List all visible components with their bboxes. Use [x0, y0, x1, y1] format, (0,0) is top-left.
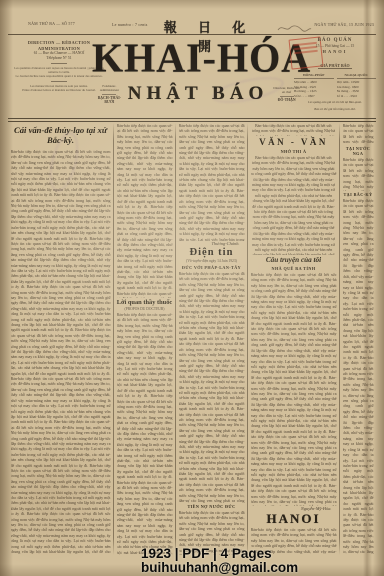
office-title: BÁO QUÁN	[294, 38, 376, 43]
notice-line: Le Journal décline toute responsabilité …	[14, 74, 104, 78]
article-text: Bản-báo tiếp được tin các quan sở-tại đã…	[343, 157, 374, 191]
article-text: Bản-báo tiếp được tin các quan sở-tại đã…	[117, 123, 173, 298]
phone-line: Téléphone N° 51	[14, 56, 104, 61]
newspaper-title: KHAI-HÓA	[92, 35, 304, 81]
double-rule	[8, 118, 376, 122]
section-heading-cau-truyen-cua-toi: Câu truyện của tôi	[251, 255, 337, 265]
news-column: Bản-báo tiếp được tin các quan sở-tại đã…	[176, 123, 247, 555]
news-column: Bản-báo tiếp được tin các quan sở-tại đã…	[114, 123, 175, 555]
subhead-tai-bac-ky: TẠI BẮC-KỲ	[343, 191, 374, 198]
masthead: DIRECTION — RÉDACTION ADMINISTRATION 61 …	[8, 36, 376, 117]
issue-number: NĂM THỨ BA — SỐ 577	[28, 21, 75, 26]
article-text: Bản-báo tiếp được tin các quan sở-tại đã…	[251, 272, 337, 506]
date-line: NGÀY THỨ SÁU, 15 JUIN 1923	[314, 22, 374, 27]
rates-column-foreign: NGOẠI-QUỐC Một năm . 10$00 Sáu tháng . 6…	[337, 73, 377, 98]
top-strip: NĂM THỨ BA — SỐ 577 Le numéro : 7 cents …	[8, 17, 376, 34]
article-text: Bản-báo tiếp được tin các quan sở-tại đã…	[11, 149, 111, 555]
subhead-tien-no-nuoc-duc: TIỀN NỢ NƯỚC ĐỨC	[179, 503, 245, 510]
direction-box: DIRECTION — RÉDACTION ADMINISTRATION 61 …	[14, 40, 104, 92]
story-subtitle: NHÀ QUÊ RA TỈNH	[251, 265, 337, 272]
divider-rule	[102, 94, 116, 95]
watermark-info: 1923 | PDF | 4 Pages	[141, 547, 298, 561]
office-address: 15 — Phố hàng Gai — 15	[294, 44, 376, 48]
section-heading-van-van: VĂN - VẦN	[251, 136, 337, 148]
article-text: Bản-báo tiếp được tin các quan sở-tại đã…	[179, 123, 245, 241]
rates-column-domestic: ĐÔNG-PHÁP Một năm . . 4$00 Sáu tháng . 2…	[294, 73, 334, 98]
founder-title: Fondateur-Administrateur	[96, 84, 123, 93]
rates-header: NGOẠI-QUỐC	[337, 73, 377, 79]
article-text: Bản-báo tiếp được tin các quan sở-tại đã…	[117, 312, 173, 555]
newspaper-scan-page: NĂM THỨ BA — SỐ 577 Le numéro : 7 cents …	[0, 0, 384, 576]
founder-credit: Fondateur-Administrateur BẠCH-THÁI-BƯỞI	[96, 84, 123, 105]
divider-rule	[51, 81, 67, 82]
poem-title: NHỚ THI Ả	[251, 148, 337, 155]
rate-row: Số lẻ . . . . 0$07	[294, 94, 334, 99]
rates-note: Báo có thể giả tiền bằng tem-thơ.	[294, 107, 376, 111]
rates-table: ĐÔNG-PHÁP Một năm . . 4$00 Sáu tháng . 2…	[294, 73, 376, 98]
watermark-email: buihuuhanh@gmail.com	[141, 561, 298, 575]
rates-title: GIÁ PHÁT BÁO	[318, 63, 351, 69]
section-heading-hanoi: HANOI	[251, 511, 337, 527]
rates-header: ĐÔNG-PHÁP	[294, 73, 334, 79]
news-column: Bản-báo tiếp được tin các quan sở-tại đã…	[340, 123, 376, 555]
section-heading-loi-quan-thay-thuoc: Lời quan thầy thuốc	[117, 298, 173, 307]
section-heading-dien-tin: Điện tin	[179, 246, 245, 259]
article-text: Bản-báo tiếp được tin các quan sở-tại đã…	[343, 198, 374, 555]
news-column: Bản-báo tiếp được tin các quan sở-tại đã…	[248, 123, 339, 555]
watermark: 1923 | PDF | 4 Pages buihuuhanh@gmail.co…	[141, 547, 298, 575]
rate-row: Số lẻ . . . . 0$10	[337, 94, 377, 99]
rates-note: Les quảng-cáo giá cả xin hỏi tại Báo-quá…	[294, 100, 376, 104]
subhead-tai-nuoc-nga: TẠI NƯỚC NGA	[343, 145, 374, 157]
divider-rule	[280, 96, 294, 97]
article-text: Bản-báo tiếp được tin các quan sở-tại đã…	[251, 123, 337, 136]
notice-line: Les quantités d'annonces sont reçues au …	[14, 66, 104, 74]
subscription-box: BÁO QUÁN 15 — Phố hàng Gai — 15 HANOI GI…	[294, 38, 376, 111]
divider-rule	[51, 63, 67, 64]
notice-line: Prière d'adresser lettres et mandats au …	[14, 88, 104, 92]
founder-name: BẠCH-THÁI-BƯỞI	[96, 96, 123, 105]
article-text: Bản-báo tiếp được tin các quan sở-tại đã…	[179, 271, 245, 503]
price-label: Le numéro : 7 cents	[112, 22, 148, 27]
subhead-duc-voi-phap: ĐỨC VỚI PHÁP-LAN-TÂY	[179, 264, 245, 271]
poem-text: Bản-báo tiếp được tin các quan sở-tại đã…	[251, 155, 337, 255]
article-text: Bản-báo tiếp được tin các quan sở-tại đã…	[343, 123, 374, 145]
